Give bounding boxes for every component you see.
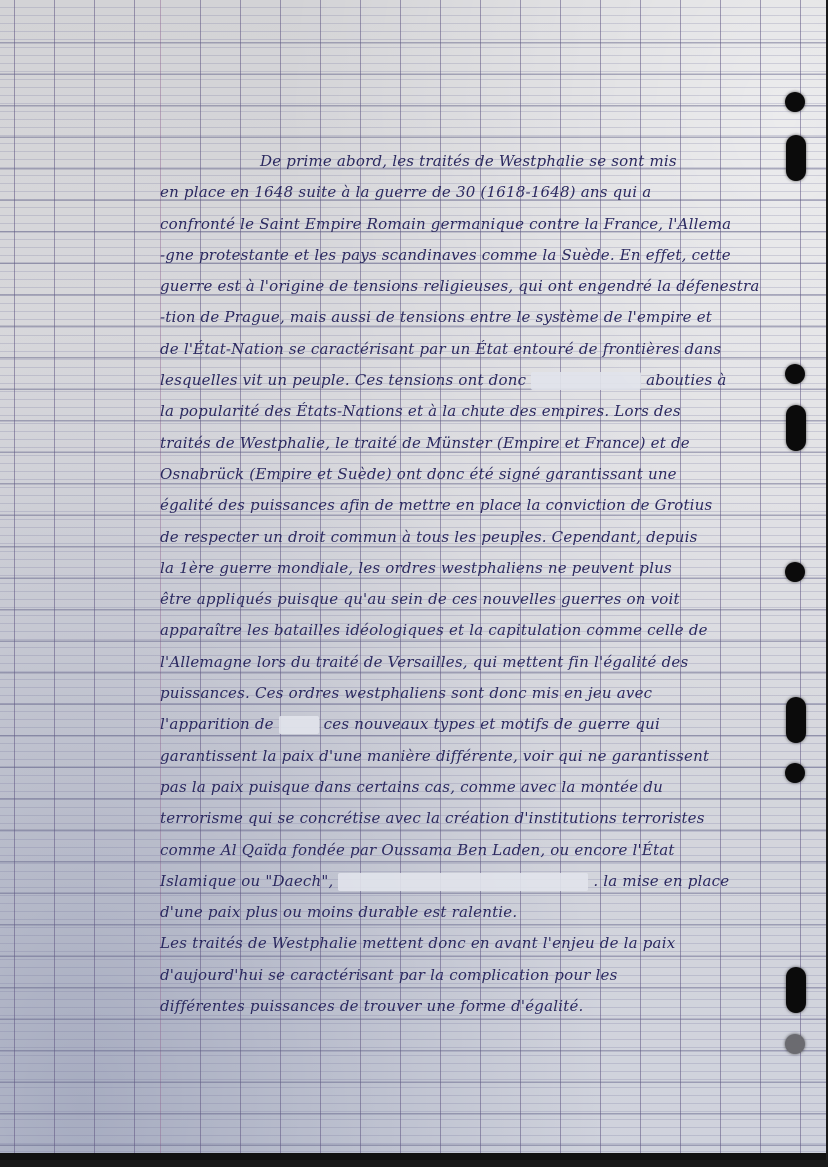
text-segment: égalité des puissances afin de mettre en…: [160, 496, 712, 514]
text-segment: De prime abord, les traités de Westphali…: [260, 152, 677, 170]
text-line: Osnabrück (Empire et Suède) ont donc été…: [160, 459, 815, 490]
text-line: puissances. Ces ordres westphaliens sont…: [160, 678, 815, 709]
text-line: d'une paix plus ou moins durable est ral…: [160, 897, 815, 928]
text-segment: guerre est à l'origine de tensions relig…: [160, 277, 760, 295]
text-segment: ces nouveaux types et motifs de guerre q…: [319, 715, 660, 733]
text-line: de l'État-Nation se caractérisant par un…: [160, 334, 815, 365]
text-segment: la 1ère guerre mondiale, les ordres west…: [160, 559, 672, 577]
text-line: confronté le Saint Empire Romain germani…: [160, 209, 815, 240]
text-segment: différentes puissances de trouver une fo…: [160, 997, 584, 1015]
text-line: traités de Westphalie, le traité de Müns…: [160, 428, 815, 459]
text-segment: comme Al Qaïda fondée par Oussama Ben La…: [160, 841, 675, 859]
handwritten-text: De prime abord, les traités de Westphali…: [160, 146, 815, 1022]
text-line: Les traités de Westphalie mettent donc e…: [160, 928, 815, 959]
text-line: être appliqués puisque qu'au sein de ces…: [160, 584, 815, 615]
notebook-page: De prime abord, les traités de Westphali…: [0, 0, 826, 1160]
text-segment: puissances. Ces ordres westphaliens sont…: [160, 684, 652, 702]
binder-hole-icon: [785, 562, 805, 582]
binder-hole-icon: [785, 92, 805, 112]
text-segment: traités de Westphalie, le traité de Müns…: [160, 434, 690, 452]
binder-hole-icon: [786, 405, 806, 451]
text-line: d'aujourd'hui se caractérisant par la co…: [160, 960, 815, 991]
text-segment: Islamique ou "Daech",: [160, 872, 338, 890]
text-segment: d'une paix plus ou moins durable est ral…: [160, 903, 517, 921]
text-segment: apparaître les batailles idéologiques et…: [160, 621, 708, 639]
text-segment: être appliqués puisque qu'au sein de ces…: [160, 590, 680, 608]
text-segment: de respecter un droit commun à tous les …: [160, 528, 698, 546]
text-segment: en place en 1648 suite à la guerre de 30…: [160, 183, 651, 201]
page-edge-shadow: [0, 1153, 826, 1160]
text-segment: lesquelles vit un peuple. Ces tensions o…: [160, 371, 531, 389]
text-segment: garantissent la paix d'une manière diffé…: [160, 747, 709, 765]
binder-hole-icon: [785, 364, 805, 384]
text-segment: -tion de Prague, mais aussi de tensions …: [160, 308, 712, 326]
text-line: -gne protestante et les pays scandinaves…: [160, 240, 815, 271]
text-segment: confronté le Saint Empire Romain germani…: [160, 215, 731, 233]
text-line: égalité des puissances afin de mettre en…: [160, 490, 815, 521]
binder-hole-icon: [786, 967, 806, 1013]
text-line: -tion de Prague, mais aussi de tensions …: [160, 302, 815, 333]
text-segment: terrorisme qui se concrétise avec la cré…: [160, 809, 705, 827]
text-line: lesquelles vit un peuple. Ces tensions o…: [160, 365, 815, 396]
redaction-block: [531, 372, 641, 390]
text-line: l'apparition de ces nouveaux types et mo…: [160, 709, 815, 740]
binder-hole-icon: [785, 1034, 805, 1054]
text-line: apparaître les batailles idéologiques et…: [160, 615, 815, 646]
text-segment: d'aujourd'hui se caractérisant par la co…: [160, 966, 618, 984]
text-segment: . la mise en place: [588, 872, 729, 890]
text-segment: Les traités de Westphalie mettent donc e…: [160, 934, 675, 952]
text-line: terrorisme qui se concrétise avec la cré…: [160, 803, 815, 834]
text-line: comme Al Qaïda fondée par Oussama Ben La…: [160, 835, 815, 866]
text-segment: pas la paix puisque dans certains cas, c…: [160, 778, 663, 796]
redaction-block: [279, 716, 319, 734]
text-line: la 1ère guerre mondiale, les ordres west…: [160, 553, 815, 584]
text-line: De prime abord, les traités de Westphali…: [160, 146, 815, 177]
text-line: guerre est à l'origine de tensions relig…: [160, 271, 815, 302]
text-segment: abouties à: [641, 371, 726, 389]
text-line: différentes puissances de trouver une fo…: [160, 991, 815, 1022]
text-line: pas la paix puisque dans certains cas, c…: [160, 772, 815, 803]
text-segment: -gne protestante et les pays scandinaves…: [160, 246, 731, 264]
binder-hole-icon: [786, 135, 806, 181]
text-segment: l'Allemagne lors du traité de Versailles…: [160, 653, 688, 671]
text-segment: l'apparition de: [160, 715, 279, 733]
text-line: l'Allemagne lors du traité de Versailles…: [160, 647, 815, 678]
text-line: garantissent la paix d'une manière diffé…: [160, 741, 815, 772]
binder-hole-icon: [785, 763, 805, 783]
text-line: de respecter un droit commun à tous les …: [160, 522, 815, 553]
text-line: en place en 1648 suite à la guerre de 30…: [160, 177, 815, 208]
binder-hole-icon: [786, 697, 806, 743]
text-segment: la popularité des États-Nations et à la …: [160, 402, 681, 420]
text-line: Islamique ou "Daech", . la mise en place: [160, 866, 815, 897]
text-segment: Osnabrück (Empire et Suède) ont donc été…: [160, 465, 677, 483]
text-line: la popularité des États-Nations et à la …: [160, 396, 815, 427]
redaction-block: [338, 873, 588, 891]
text-segment: de l'État-Nation se caractérisant par un…: [160, 340, 721, 358]
